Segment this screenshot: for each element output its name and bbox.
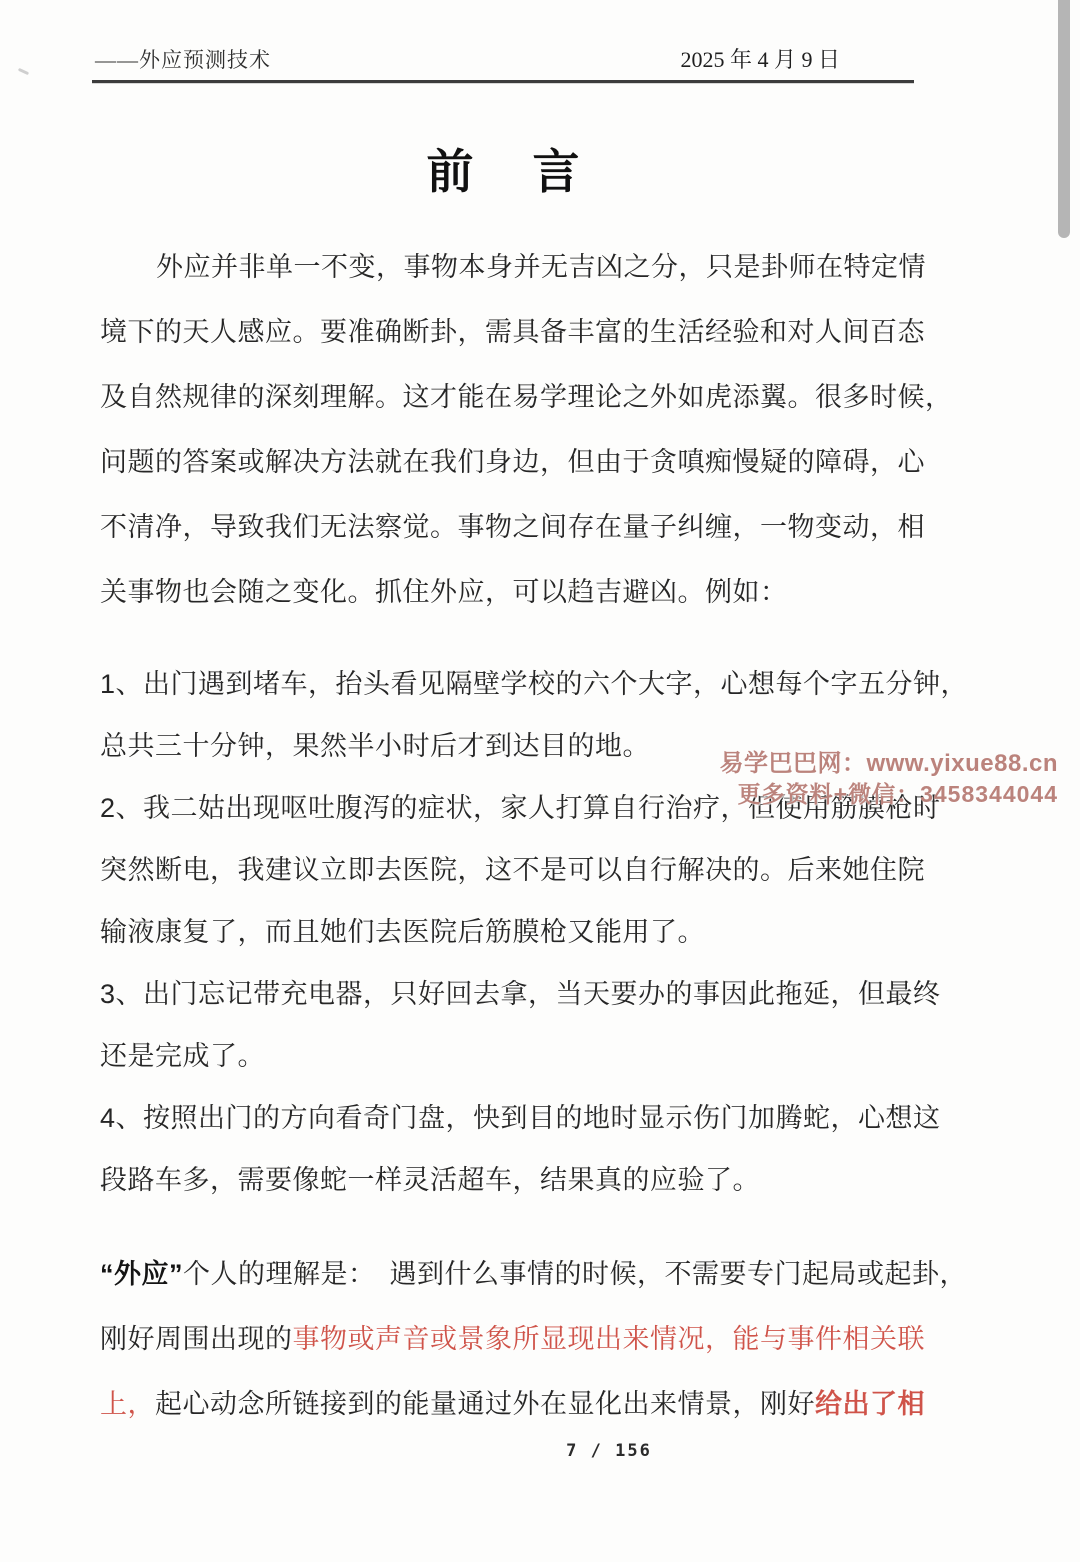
closing-line: 刚好周围出现的事物或声音或景象所显现出来情况，能与事件相关联	[100, 1307, 918, 1372]
example-4-line: 4、按照出门的方向看奇门盘，快到目的地时显示伤门加腾蛇，心想这	[100, 1087, 918, 1149]
intro-paragraph: 外应并非单一不变，事物本身并无吉凶之分，只是卦师在特定情 境下的天人感应。要准确…	[100, 235, 918, 625]
example-4-line: 段路车多，需要像蛇一样灵活超车，结果真的应验了。	[100, 1149, 918, 1211]
closing-highlight-red-bold: 给出了相	[815, 1389, 925, 1419]
closing-term-bold: “外应”	[100, 1259, 183, 1289]
closing-line: 上，起心动念所链接到的能量通过外在显化出来情景，刚好给出了相	[100, 1372, 918, 1437]
intro-line: 关事物也会随之变化。抓住外应，可以趋吉避凶。例如：	[100, 560, 918, 625]
header-book-title: ——外应预测技术	[95, 44, 271, 74]
scrollbar-thumb[interactable]	[1058, 0, 1070, 238]
example-2-line: 输液康复了，而且她们去医院后筋膜枪又能用了。	[100, 901, 918, 963]
intro-line: 不清净，导致我们无法察觉。事物之间存在量子纠缠，一物变动，相	[100, 495, 918, 560]
header-date: 2025 年 4 月 9 日	[680, 43, 840, 74]
examples-list: 1、出门遇到堵车，抬头看见隔壁学校的六个大字，心想每个字五分钟， 总共三十分钟，…	[100, 653, 918, 1211]
closing-text: 个人的理解是： 遇到什么事情的时候，不需要专门起局或起卦，	[183, 1259, 967, 1289]
page-title: 前 言	[100, 141, 912, 203]
closing-paragraph: “外应”个人的理解是： 遇到什么事情的时候，不需要专门起局或起卦， 刚好周围出现…	[100, 1242, 918, 1437]
closing-text: 刚好周围出现的	[100, 1324, 293, 1354]
closing-line: “外应”个人的理解是： 遇到什么事情的时候，不需要专门起局或起卦，	[100, 1242, 918, 1307]
page-header: ——外应预测技术 2025 年 4 月 9 日	[95, 0, 840, 74]
closing-text: 起心动念所链接到的能量通过外在显化出来情景，刚好	[155, 1389, 815, 1419]
closing-highlight-red: 上，	[100, 1389, 155, 1419]
closing-highlight-red: 事物或声音或景象所显现出来情况，能与事件相关联	[293, 1324, 926, 1354]
watermark-site-line: 易学巴巴网：www.yixue88.cn	[719, 748, 1058, 779]
intro-line: 问题的答案或解决方法就在我们身边，但由于贪嗔痴慢疑的障碍，心	[100, 430, 918, 495]
document-page: ——外应预测技术 2025 年 4 月 9 日 前 言 外应并非单一不变，事物本…	[0, 0, 1080, 1562]
example-3-line: 还是完成了。	[100, 1025, 918, 1087]
example-1-line: 1、出门遇到堵车，抬头看见隔壁学校的六个大字，心想每个字五分钟，	[100, 653, 918, 715]
header-rule	[92, 80, 914, 83]
scan-artifact-mark	[18, 68, 29, 75]
intro-line: 外应并非单一不变，事物本身并无吉凶之分，只是卦师在特定情	[100, 235, 918, 300]
example-3-line: 3、出门忘记带充电器，只好回去拿，当天要办的事因此拖延，但最终	[100, 963, 918, 1025]
example-2-line: 突然断电，我建议立即去医院，这不是可以自行解决的。后来她住院	[100, 839, 918, 901]
intro-line: 境下的天人感应。要准确断卦，需具备丰富的生活经验和对人间百态	[100, 300, 918, 365]
intro-line: 及自然规律的深刻理解。这才能在易学理论之外如虎添翼。很多时候，	[100, 365, 918, 430]
page-number: 7 / 156	[200, 1440, 1018, 1462]
watermark-wechat-line: 更多资料+微信：3458344044	[719, 779, 1058, 810]
page-body: 外应并非单一不变，事物本身并无吉凶之分，只是卦师在特定情 境下的天人感应。要准确…	[100, 235, 918, 1462]
watermark: 易学巴巴网：www.yixue88.cn 更多资料+微信：3458344044	[719, 748, 1058, 810]
